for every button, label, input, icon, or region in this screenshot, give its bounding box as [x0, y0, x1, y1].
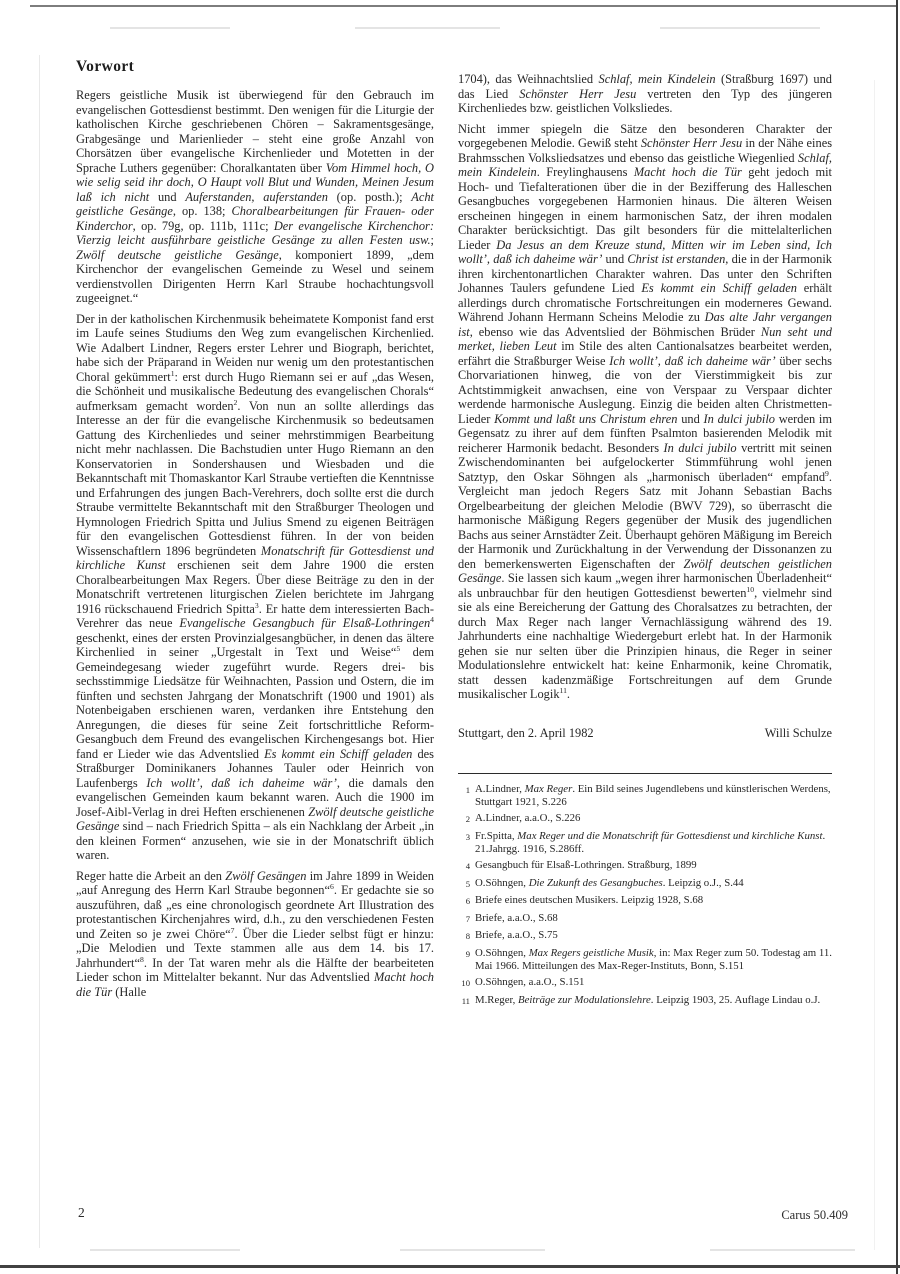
footnote-text: O.Söhngen, a.a.O., S.151: [475, 976, 832, 990]
italic-title: Schönster Herr Jesu: [519, 87, 636, 101]
date-place: Stuttgart, den 2. April 1982: [458, 726, 594, 741]
scan-artifact-top-edge: [30, 5, 897, 7]
italic-title: Christ ist erstanden: [627, 252, 725, 266]
footnote-ref: 5: [396, 644, 400, 653]
footnote-number: 7: [458, 912, 470, 926]
italic-title: Nun seht und merket, lieben Leut: [458, 325, 832, 354]
page-title: Vorwort: [76, 58, 434, 76]
signature: Willi Schulze: [765, 726, 832, 741]
footnote-number: 9: [458, 947, 470, 973]
italic-title: Max Reger: [525, 783, 573, 795]
italic-title: Ich wollt’, daß ich daheime wär’: [609, 354, 775, 368]
paragraph: 1704), das Weihnachtslied Schlaf, mein K…: [458, 72, 832, 116]
scan-artifact-dash: [90, 1249, 240, 1251]
footnote-ref: 11: [560, 686, 567, 695]
footnote-number: 5: [458, 877, 470, 891]
footnote-text: O.Söhngen, Die Zukunft des Gesangbuches.…: [475, 877, 832, 891]
italic-title: Ich wollt’, daß ich daheime wär’: [146, 776, 337, 790]
italic-title: Es kommt ein Schiff geladen: [264, 747, 412, 761]
italic-title: Schönster Herr Jesu: [641, 136, 742, 150]
scan-artifact-left-margin-line: [39, 55, 40, 1248]
paragraph: Nicht immer spiegeln die Sätze den beson…: [458, 122, 832, 702]
right-column-text: 1704), das Weihnachtslied Schlaf, mein K…: [458, 72, 832, 702]
footnote-text: Briefe eines deutschen Musikers. Leipzig…: [475, 894, 832, 908]
footnote-text: Briefe, a.a.O., S.75: [475, 929, 832, 943]
footnote-ref: 1: [171, 368, 175, 377]
footnote: 3Fr.Spitta, Max Reger und die Monatschri…: [458, 830, 832, 856]
left-column-text: Regers geistliche Musik ist überwiegend …: [76, 88, 434, 999]
italic-title: Zwölf deutsche geistliche Gesänge: [76, 248, 279, 262]
footnote: 6Briefe eines deutschen Musikers. Leipzi…: [458, 894, 832, 908]
italic-title: Zwölf deutschen geistlichen Gesänge: [458, 557, 832, 586]
scan-artifact-bottom-edge: [0, 1265, 900, 1268]
footnote: 2A.Lindner, a.a.O., S.226: [458, 812, 832, 826]
scan-artifact-right-margin-line: [874, 80, 875, 1250]
italic-title: In dulci jubilo: [704, 412, 775, 426]
footnote-text: M.Reger, Beiträge zur Modulationslehre. …: [475, 994, 832, 1008]
right-column: 1704), das Weihnachtslied Schlaf, mein K…: [458, 58, 832, 1011]
scan-artifact-dash: [355, 27, 500, 29]
footnote-number: 1: [458, 783, 470, 809]
paragraph: Regers geistliche Musik ist überwiegend …: [76, 88, 434, 306]
footnote-ref: 7: [231, 925, 235, 934]
footnote: 1A.Lindner, Max Reger. Ein Bild seines J…: [458, 783, 832, 809]
footnote-number: 3: [458, 830, 470, 856]
italic-title: Zwölf deutsche geistliche Gesänge: [76, 805, 434, 834]
italic-title: Max Reger und die Monatschrift für Gotte…: [517, 830, 822, 842]
left-column: Vorwort Regers geistliche Musik ist über…: [76, 58, 434, 1011]
italic-title: Schlaf, mein Kindelein: [599, 72, 716, 86]
footnote-ref: 4: [430, 615, 434, 624]
italic-title: Zwölf Gesängen: [225, 869, 306, 883]
footnote-text: O.Söhngen, Max Regers geistliche Musik, …: [475, 947, 832, 973]
scan-artifact-dash: [660, 27, 820, 29]
italic-title: Beiträge zur Modulationslehre: [518, 994, 651, 1006]
scanned-page: Vorwort Regers geistliche Musik ist über…: [0, 0, 900, 1274]
footnote-ref: 3: [255, 600, 259, 609]
footnotes-block: 1A.Lindner, Max Reger. Ein Bild seines J…: [458, 783, 832, 1008]
footnote: 10O.Söhngen, a.a.O., S.151: [458, 976, 832, 990]
footnote-ref: 2: [234, 397, 238, 406]
scan-artifact-dash: [110, 27, 230, 29]
italic-title: Auferstanden, auferstanden: [185, 190, 328, 204]
date-signature-line: Stuttgart, den 2. April 1982 Willi Schul…: [458, 726, 832, 741]
footnote-separator: [458, 773, 832, 774]
footnote: 8Briefe, a.a.O., S.75: [458, 929, 832, 943]
footnote-number: 2: [458, 812, 470, 826]
scan-artifact-dash: [400, 1249, 545, 1251]
italic-title: Kommt und laßt uns Christum ehren: [494, 412, 677, 426]
scan-artifact-dash: [710, 1249, 855, 1251]
italic-title: Max Regers geistliche Musik: [529, 947, 654, 959]
footnote: 7Briefe, a.a.O., S.68: [458, 912, 832, 926]
scan-artifact-right-edge: [896, 0, 898, 1274]
footnote-number: 11: [458, 994, 470, 1008]
footnote-ref: 10: [746, 584, 754, 593]
paragraph: Der in der katholischen Kirchenmusik beh…: [76, 312, 434, 863]
footnote-text: Briefe, a.a.O., S.68: [475, 912, 832, 926]
footnote-text: Gesangbuch für Elsaß-Lothringen. Straßbu…: [475, 859, 832, 873]
footnote-ref: 9: [825, 468, 829, 477]
footnote-number: 6: [458, 894, 470, 908]
italic-title: In dulci jubilo: [664, 441, 737, 455]
page-content: Vorwort Regers geistliche Musik ist über…: [76, 58, 832, 1011]
italic-title: Die Zukunft des Gesangbuches: [529, 877, 663, 889]
italic-title: Macht hoch die Tür: [76, 970, 434, 999]
footnote-text: A.Lindner, a.a.O., S.226: [475, 812, 832, 826]
footnote-text: Fr.Spitta, Max Reger und die Monatschrif…: [475, 830, 832, 856]
publisher-mark: Carus 50.409: [781, 1208, 848, 1223]
page-number: 2: [78, 1205, 85, 1221]
footnote: 4Gesangbuch für Elsaß-Lothringen. Straßb…: [458, 859, 832, 873]
footnote-number: 10: [458, 976, 470, 990]
italic-title: Es kommt ein Schiff geladen: [641, 281, 797, 295]
footnote-number: 8: [458, 929, 470, 943]
paragraph: Reger hatte die Arbeit an den Zwölf Gesä…: [76, 869, 434, 1000]
footnote-ref: 6: [330, 882, 334, 891]
footnote-text: A.Lindner, Max Reger. Ein Bild seines Ju…: [475, 783, 832, 809]
italic-title: Macht hoch die Tür: [634, 165, 742, 179]
footnote-ref: 8: [140, 954, 144, 963]
footnote-number: 4: [458, 859, 470, 873]
footnote: 5O.Söhngen, Die Zukunft des Gesangbuches…: [458, 877, 832, 891]
footnote: 9O.Söhngen, Max Regers geistliche Musik,…: [458, 947, 832, 973]
footnote: 11M.Reger, Beiträge zur Modulationslehre…: [458, 994, 832, 1008]
italic-title: Evangelische Gesangbuch für Elsaß-Lothri…: [179, 616, 430, 630]
italic-title: Monatschrift für Gottesdienst und kirchl…: [76, 544, 434, 573]
